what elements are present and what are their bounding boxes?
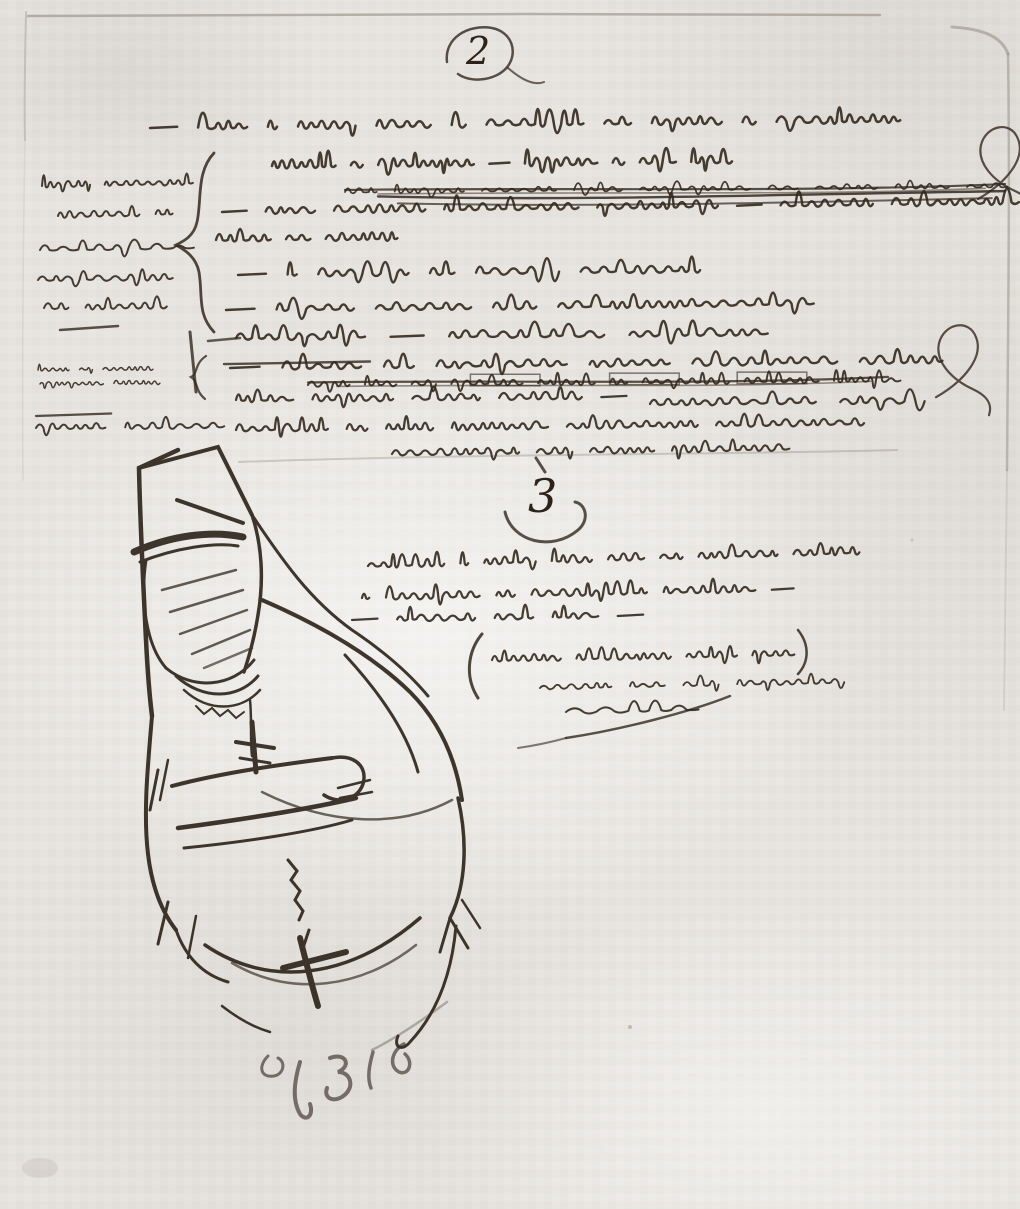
margin-vertical-stroke — [190, 332, 196, 392]
manuscript-page: 2 3 — [0, 0, 1020, 1209]
handwritten-line — [40, 240, 194, 257]
overline-stroke — [36, 414, 111, 417]
note-swash — [566, 696, 730, 738]
section-mark-2: 2 — [447, 27, 544, 83]
section-number-3: 3 — [528, 469, 557, 523]
doodle-hook — [262, 1056, 283, 1076]
handwritten-line — [492, 646, 794, 663]
manuscript-canvas: 2 3 — [0, 0, 1020, 1209]
ink-speck-2 — [911, 539, 914, 542]
handwritten-line — [216, 229, 397, 241]
handwritten-line — [58, 206, 173, 218]
corner-smudge — [22, 1158, 58, 1178]
elbow-hatch-2 — [160, 760, 168, 800]
ink-speck-1 — [628, 1025, 632, 1029]
section-2-tail — [508, 68, 544, 83]
skirt-hook-right — [397, 926, 456, 1047]
handwritten-line — [352, 605, 643, 621]
doodle-loop-3 — [369, 1052, 373, 1088]
handwritten-line — [238, 257, 700, 283]
doodle-loop-2 — [326, 1057, 350, 1100]
crossed-arm-bottom — [178, 798, 356, 828]
handwritten-line — [42, 173, 193, 191]
crossed-arm-top — [172, 758, 332, 786]
handwritten-line — [36, 417, 224, 435]
fingers-1 — [338, 780, 370, 788]
hood-fold — [177, 500, 243, 523]
handwritten-line — [272, 148, 732, 175]
handwritten-line — [38, 269, 173, 286]
face-hatch-3 — [180, 610, 247, 634]
elbow-hatch-1 — [150, 770, 158, 810]
face-hatch-1 — [162, 570, 236, 590]
handwritten-line — [236, 414, 864, 437]
hip-hatch-2 — [188, 916, 196, 958]
page-edge-left-faint — [23, 140, 25, 480]
flourish-loop — [936, 325, 990, 415]
section-number-2: 2 — [465, 29, 490, 73]
handwritten-line — [540, 674, 844, 691]
handwritten-line — [362, 579, 794, 605]
face-hatch-2 — [170, 590, 243, 612]
parenthesis-marks — [469, 630, 806, 748]
handwritten-line — [236, 387, 627, 407]
note-swash-tail — [518, 738, 566, 748]
left-side — [146, 716, 176, 930]
page-edge-top — [28, 14, 880, 16]
belly-arc-2 — [232, 945, 416, 984]
page-edge-right-faint — [1004, 470, 1007, 710]
close-paren — [798, 630, 807, 674]
doodle-loop-1 — [295, 1062, 311, 1118]
large-cross-tip — [303, 930, 309, 948]
face-hatch-4 — [192, 630, 250, 654]
handwritten-line — [38, 364, 153, 373]
handwritten-line — [650, 389, 925, 410]
open-paren — [469, 634, 482, 698]
paper-smudges — [22, 539, 914, 1179]
handwritten-line — [226, 293, 814, 319]
monk-figure-sketch — [134, 447, 480, 1047]
chain-zigzag — [288, 860, 303, 920]
handwritten-line — [566, 701, 699, 714]
margin-brace-large — [176, 153, 214, 332]
body-fork-2 — [440, 918, 450, 952]
page-edge-top-right-corner — [952, 27, 1008, 54]
handwritten-line — [44, 296, 167, 309]
handwritten-line — [236, 321, 768, 347]
handwritten-line — [368, 543, 859, 569]
margin-dash-1 — [60, 326, 118, 330]
handwriting-layer — [36, 107, 1020, 713]
collar-zigzag — [196, 706, 244, 718]
section-mark-3: 3 — [505, 458, 585, 542]
handwritten-line — [150, 107, 900, 135]
collar-arc-1 — [176, 676, 258, 694]
doodle-strokes — [262, 1002, 447, 1118]
body-fork-3 — [462, 900, 480, 928]
handwritten-line — [40, 381, 160, 389]
page-edge-left — [25, 12, 26, 140]
skirt-left-edge — [222, 1006, 270, 1032]
page-edge-right — [1007, 54, 1009, 470]
